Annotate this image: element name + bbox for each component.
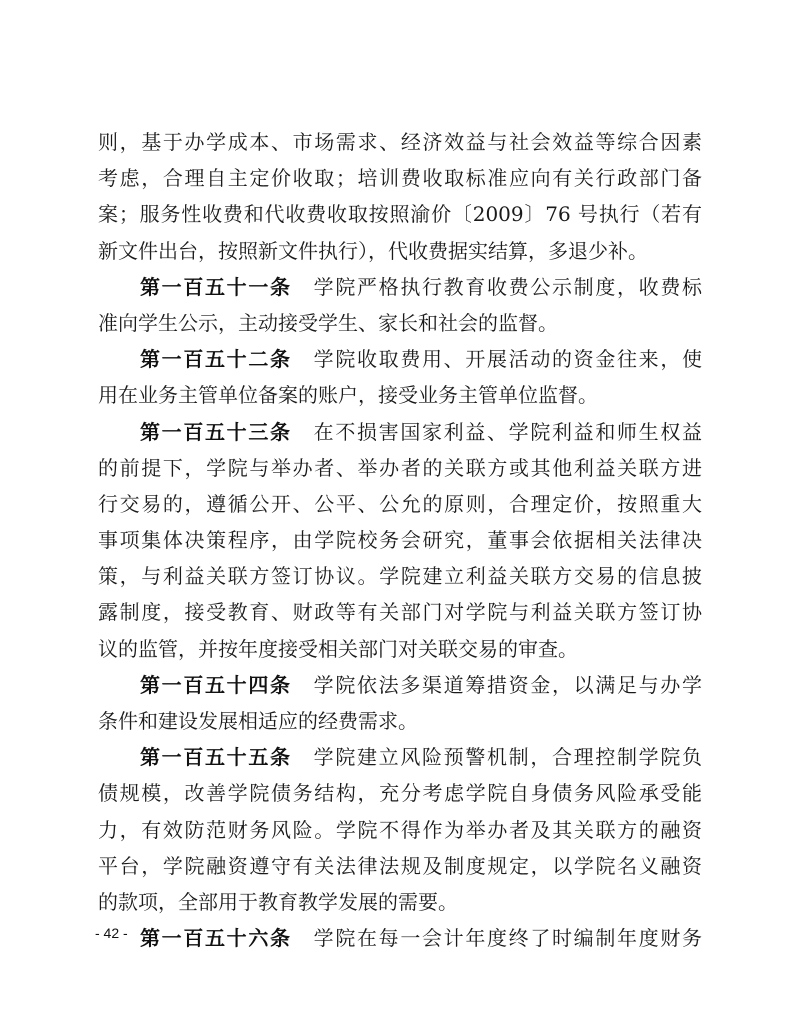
line-text: 策，与利益关联方签订协议。学院建立利益关联方交易的信息披 (98, 564, 702, 588)
article-heading: 第一百五十一条 (140, 275, 292, 299)
text-line: 案；服务性收费和代收费收取按照渝价〔2009〕76 号执行（若有 (98, 196, 702, 232)
article-heading: 第一百五十四条 (140, 673, 292, 697)
text-line: 债规模，改善学院债务结构，充分考虑学院自身债务风险承受能 (98, 775, 702, 811)
text-line: 考虑，合理自主定价收取；培训费收取标准应向有关行政部门备 (98, 160, 702, 196)
article-heading: 第一百五十五条 (140, 745, 292, 769)
line-text: 用在业务主管单位备案的账户，接受业务主管单位监督。 (98, 383, 598, 407)
text-line: 事项集体决策程序，由学院校务会研究，董事会依据相关法律决 (98, 522, 702, 558)
line-text: 考虑，合理自主定价收取；培训费收取标准应向有关行政部门备 (98, 166, 702, 190)
line-text: 新文件出台，按照新文件执行），代收费据实结算，多退少补。 (98, 239, 648, 263)
text-line: 露制度，接受教育、财政等有关部门对学院与利益关联方签订协 (98, 594, 702, 630)
line-text: 议的监管，并按年度接受相关部门对关联交易的审查。 (98, 637, 578, 661)
line-text: 债规模，改善学院债务结构，充分考虑学院自身债务风险承受能 (98, 781, 702, 805)
line-text: 行交易的，遵循公开、公平、公允的原则，合理定价，按照重大 (98, 492, 702, 516)
article-153-line: 第一百五十三条在不损害国家利益、学院利益和师生权益 (98, 414, 702, 450)
document-page: 则，基于办学成本、市场需求、经济效益与社会效益等综合因素 考虑，合理自主定价收取… (0, 0, 800, 1021)
text-line: 议的监管，并按年度接受相关部门对关联交易的审查。 (98, 631, 702, 667)
text-line: 用在业务主管单位备案的账户，接受业务主管单位监督。 (98, 377, 702, 413)
article-151-line: 第一百五十一条学院严格执行教育收费公示制度，收费标 (98, 269, 702, 305)
line-text: 学院建立风险预警机制，合理控制学院负 (314, 745, 702, 769)
text-line: 新文件出台，按照新文件执行），代收费据实结算，多退少补。 (98, 233, 702, 269)
text-line: 力，有效防范财务风险。学院不得作为举办者及其关联方的融资 (98, 812, 702, 848)
article-152-line: 第一百五十二条学院收取费用、开展活动的资金往来，使 (98, 341, 702, 377)
line-text: 的前提下，学院与举办者、举办者的关联方或其他利益关联方进 (98, 456, 702, 480)
line-text: 学院严格执行教育收费公示制度，收费标 (314, 275, 702, 299)
line-text: 在不损害国家利益、学院利益和师生权益 (314, 420, 702, 444)
line-text: 条件和建设发展相适应的经费需求。 (98, 709, 418, 733)
article-155-line: 第一百五十五条学院建立风险预警机制，合理控制学院负 (98, 739, 702, 775)
line-text: 则，基于办学成本、市场需求、经济效益与社会效益等综合因素 (98, 130, 702, 154)
line-text: 露制度，接受教育、财政等有关部门对学院与利益关联方签订协 (98, 600, 702, 624)
body-text: 则，基于办学成本、市场需求、经济效益与社会效益等综合因素 考虑，合理自主定价收取… (98, 124, 702, 956)
text-line: 的款项，全部用于教育教学发展的需要。 (98, 884, 702, 920)
article-154-line: 第一百五十四条学院依法多渠道筹措资金，以满足与办学 (98, 667, 702, 703)
line-text: 的款项，全部用于教育教学发展的需要。 (98, 890, 458, 914)
line-text: 学院在每一会计年度终了时编制年度财务 (314, 926, 702, 950)
line-text: 学院依法多渠道筹措资金，以满足与办学 (314, 673, 702, 697)
text-line: 准向学生公示，主动接受学生、家长和社会的监督。 (98, 305, 702, 341)
text-line: 平台，学院融资遵守有关法律法规及制度规定，以学院名义融资 (98, 848, 702, 884)
line-text: 事项集体决策程序，由学院校务会研究，董事会依据相关法律决 (98, 528, 702, 552)
article-heading: 第一百五十六条 (140, 926, 292, 950)
article-156-line: 第一百五十六条学院在每一会计年度终了时编制年度财务 (98, 920, 702, 956)
line-text: 准向学生公示，主动接受学生、家长和社会的监督。 (98, 311, 558, 335)
text-line: 策，与利益关联方签订协议。学院建立利益关联方交易的信息披 (98, 558, 702, 594)
line-text: 学院收取费用、开展活动的资金往来，使 (314, 347, 702, 371)
text-line: 的前提下，学院与举办者、举办者的关联方或其他利益关联方进 (98, 450, 702, 486)
text-line: 条件和建设发展相适应的经费需求。 (98, 703, 702, 739)
page-number: - 42 - (95, 925, 128, 941)
line-text: 力，有效防范财务风险。学院不得作为举办者及其关联方的融资 (98, 818, 702, 842)
line-text: 平台，学院融资遵守有关法律法规及制度规定，以学院名义融资 (98, 854, 702, 878)
article-heading: 第一百五十三条 (140, 420, 292, 444)
text-line: 行交易的，遵循公开、公平、公允的原则，合理定价，按照重大 (98, 486, 702, 522)
line-text: 案；服务性收费和代收费收取按照渝价〔2009〕76 号执行（若有 (98, 202, 702, 226)
text-line: 则，基于办学成本、市场需求、经济效益与社会效益等综合因素 (98, 124, 702, 160)
article-heading: 第一百五十二条 (140, 347, 292, 371)
